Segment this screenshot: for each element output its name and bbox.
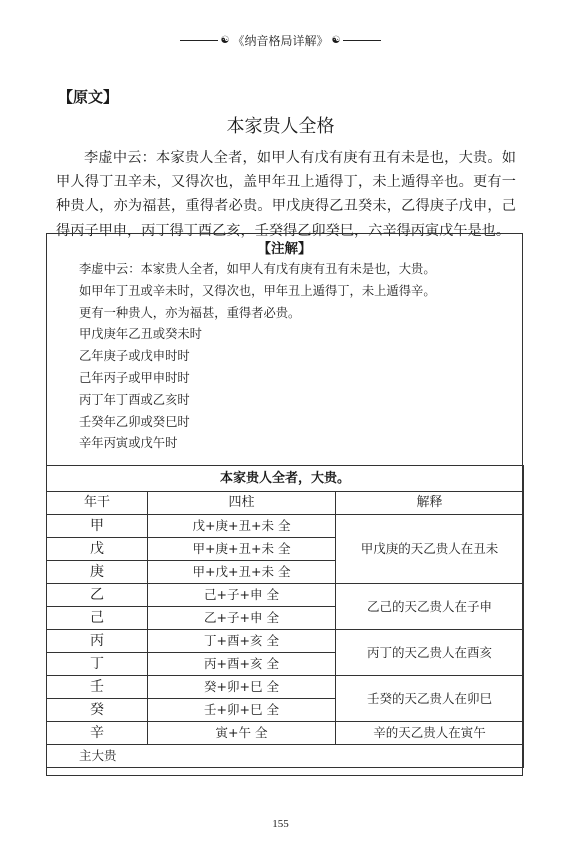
explanation-cell: 甲戊庚的天乙贵人在丑未 bbox=[336, 515, 524, 584]
stem-cell: 丙 bbox=[47, 630, 148, 653]
stem-cell: 甲 bbox=[47, 515, 148, 538]
column-header-pillars: 四柱 bbox=[148, 492, 336, 515]
section-title: 本家贵人全格 bbox=[0, 112, 561, 138]
annotation-line: 甲戊庚年乙丑或癸未时 bbox=[79, 324, 519, 346]
table-title: 本家贵人全者，大贵。 bbox=[47, 466, 524, 492]
annotation-line: 辛年丙寅或戊午时 bbox=[79, 433, 519, 455]
pillars-cell: 甲+戊+丑+未 全 bbox=[148, 561, 336, 584]
original-text-label: 【原文】 bbox=[58, 86, 118, 107]
pillars-cell: 丁+酉+亥 全 bbox=[148, 630, 336, 653]
annotation-line: 如甲年丁丑或辛未时，又得次也，甲年丑上遁得丁，未上遁得辛。 bbox=[79, 281, 519, 303]
table-row: 乙 己+子+申 全 乙己的天乙贵人在子申 bbox=[47, 584, 524, 607]
annotation-line: 己年丙子或甲申时时 bbox=[79, 368, 519, 390]
running-header: ☯ 《纳音格局详解》 ☯ bbox=[0, 31, 561, 49]
table-row: 甲 戊+庚+丑+未 全 甲戊庚的天乙贵人在丑未 bbox=[47, 515, 524, 538]
stem-cell: 丁 bbox=[47, 653, 148, 676]
column-header-year-stem: 年干 bbox=[47, 492, 148, 515]
book-title: 《纳音格局详解》 bbox=[232, 32, 328, 49]
taiji-icon: ☯ bbox=[332, 35, 341, 46]
pillars-cell: 戊+庚+丑+未 全 bbox=[148, 515, 336, 538]
table-row: 辛 寅+午 全 辛的天乙贵人在寅午 bbox=[47, 722, 524, 745]
stem-cell: 己 bbox=[47, 607, 148, 630]
annotation-line: 乙年庚子或戊申时时 bbox=[79, 346, 519, 368]
annotation-line: 壬癸年乙卯或癸巳时 bbox=[79, 412, 519, 434]
header-rule-right bbox=[343, 40, 381, 41]
stem-cell: 庚 bbox=[47, 561, 148, 584]
annotation-label: 【注解】 bbox=[46, 237, 523, 257]
annotation-line: 李虚中云：本家贵人全者，如甲人有戊有庚有丑有未是也，大贵。 bbox=[79, 259, 519, 281]
pillars-cell: 丙+酉+亥 全 bbox=[148, 653, 336, 676]
original-text: 李虚中云：本家贵人全者，如甲人有戊有庚有丑有未是也，大贵。如甲人得丁丑辛未，又得… bbox=[56, 146, 516, 243]
explanation-cell: 辛的天乙贵人在寅午 bbox=[336, 722, 524, 745]
table-footer: 主大贵 bbox=[47, 745, 524, 768]
stem-cell: 乙 bbox=[47, 584, 148, 607]
pillars-cell: 乙+子+申 全 bbox=[148, 607, 336, 630]
stem-cell: 戊 bbox=[47, 538, 148, 561]
noble-table: 本家贵人全者，大贵。 年干 四柱 解释 甲 戊+庚+丑+未 全 甲戊庚的天乙贵人… bbox=[46, 465, 524, 768]
pillars-cell: 壬+卯+巳 全 bbox=[148, 699, 336, 722]
stem-cell: 辛 bbox=[47, 722, 148, 745]
original-paragraph: 李虚中云：本家贵人全者，如甲人有戊有庚有丑有未是也，大贵。如甲人得丁丑辛未，又得… bbox=[56, 146, 516, 243]
stem-cell: 壬 bbox=[47, 676, 148, 699]
annotation-lines: 李虚中云：本家贵人全者，如甲人有戊有庚有丑有未是也，大贵。 如甲年丁丑或辛未时，… bbox=[79, 259, 519, 455]
annotation-line: 丙丁年丁酉或乙亥时 bbox=[79, 390, 519, 412]
annotation-line: 更有一种贵人，亦为福甚，重得者必贵。 bbox=[79, 303, 519, 325]
taiji-icon: ☯ bbox=[221, 35, 230, 46]
header-rule-left bbox=[180, 40, 218, 41]
table-row: 丙 丁+酉+亥 全 丙丁的天乙贵人在酉亥 bbox=[47, 630, 524, 653]
explanation-cell: 壬癸的天乙贵人在卯巳 bbox=[336, 676, 524, 722]
pillars-cell: 寅+午 全 bbox=[148, 722, 336, 745]
column-header-explanation: 解释 bbox=[336, 492, 524, 515]
stem-cell: 癸 bbox=[47, 699, 148, 722]
explanation-cell: 丙丁的天乙贵人在酉亥 bbox=[336, 630, 524, 676]
page-number: 155 bbox=[0, 818, 561, 830]
table-row: 壬 癸+卯+巳 全 壬癸的天乙贵人在卯巳 bbox=[47, 676, 524, 699]
pillars-cell: 甲+庚+丑+未 全 bbox=[148, 538, 336, 561]
pillars-cell: 己+子+申 全 bbox=[148, 584, 336, 607]
explanation-cell: 乙己的天乙贵人在子申 bbox=[336, 584, 524, 630]
pillars-cell: 癸+卯+巳 全 bbox=[148, 676, 336, 699]
